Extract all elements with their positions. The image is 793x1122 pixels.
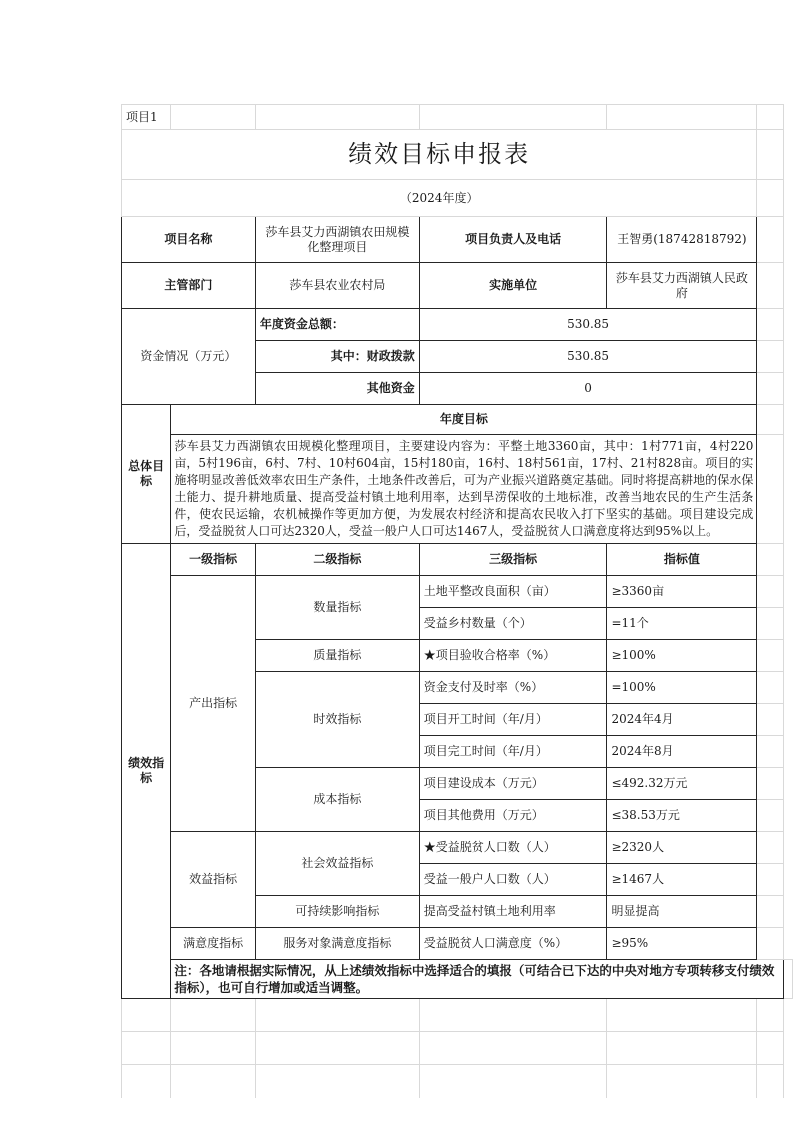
indicator-value: 2024年4月: [607, 704, 757, 736]
empty-cell: [419, 999, 607, 1032]
indicator-name: 资金支付及时率（%）: [419, 672, 607, 704]
empty-cell: [171, 105, 256, 130]
level2-sustainability: 可持续影响指标: [255, 896, 419, 928]
funds-total-value: 530.85: [419, 309, 757, 341]
indicator-value: ≥3360亩: [607, 576, 757, 608]
empty-cell: [255, 999, 419, 1032]
annual-goal-text: 莎车县艾力西湖镇农田规模化整理项目，主要建设内容为：平整土地3360亩，其中：1…: [171, 435, 757, 544]
level2-timeliness: 时效指标: [255, 672, 419, 768]
indicator-name: 项目开工时间（年/月）: [419, 704, 607, 736]
empty-cell: [784, 960, 793, 999]
empty-cell: [757, 341, 784, 373]
indicator-name: 受益乡村数量（个）: [419, 608, 607, 640]
empty-cell: [757, 217, 784, 263]
funds-other-value: 0: [419, 373, 757, 405]
empty-cell: [757, 864, 784, 896]
indicator-value: 明显提高: [607, 896, 757, 928]
empty-cell: [419, 105, 607, 130]
empty-cell: [757, 832, 784, 864]
header-level1: 一级指标: [171, 544, 256, 576]
empty-cell: [122, 1032, 171, 1065]
indicator-name: 提高受益村镇土地利用率: [419, 896, 607, 928]
empty-cell: [757, 999, 784, 1032]
empty-cell: [607, 1065, 757, 1098]
level1-benefit: 效益指标: [171, 832, 256, 928]
empty-cell: [607, 999, 757, 1032]
owner-label: 项目负责人及电话: [419, 217, 607, 263]
overall-goal-label: 总体目标: [122, 405, 171, 544]
empty-cell: [757, 309, 784, 341]
indicator-name: 受益脱贫人口满意度（%）: [419, 928, 607, 960]
empty-cell: [757, 405, 784, 435]
dept-value: 莎车县农业农村局: [255, 263, 419, 309]
level1-satisfaction: 满意度指标: [171, 928, 256, 960]
empty-cell: [757, 435, 784, 544]
indicator-name: ★受益脱贫人口数（人）: [419, 832, 607, 864]
level1-output: 产出指标: [171, 576, 256, 832]
empty-cell: [171, 1065, 256, 1098]
indicator-value: ≥100%: [607, 640, 757, 672]
indicator-value: =100%: [607, 672, 757, 704]
empty-cell: [757, 672, 784, 704]
empty-cell: [757, 1032, 784, 1065]
level2-service: 服务对象满意度指标: [255, 928, 419, 960]
empty-cell: [757, 263, 784, 309]
empty-cell: [757, 180, 784, 217]
funds-fiscal-label: 其中：财政拨款: [255, 341, 419, 373]
page-title: 绩效目标申报表: [122, 130, 757, 180]
empty-cell: [607, 1032, 757, 1065]
empty-cell: [757, 704, 784, 736]
empty-cell: [607, 105, 757, 130]
dept-label: 主管部门: [122, 263, 256, 309]
empty-cell: [757, 105, 784, 130]
funds-label: 资金情况（万元）: [122, 309, 256, 405]
header-level3: 三级指标: [419, 544, 607, 576]
corner-label: 项目1: [122, 105, 171, 130]
empty-cell: [757, 544, 784, 576]
fiscal-year: （2024年度）: [122, 180, 757, 217]
owner-value: 王智勇(18742818792): [607, 217, 757, 263]
level2-quality: 质量指标: [255, 640, 419, 672]
funds-other-label: 其他资金: [255, 373, 419, 405]
empty-cell: [757, 640, 784, 672]
annual-goal-header: 年度目标: [171, 405, 757, 435]
empty-cell: [757, 928, 784, 960]
header-value: 指标值: [607, 544, 757, 576]
indicator-value: ≤38.53万元: [607, 800, 757, 832]
empty-cell: [255, 105, 419, 130]
header-level2: 二级指标: [255, 544, 419, 576]
level2-social: 社会效益指标: [255, 832, 419, 896]
indicator-name: 项目建设成本（万元）: [419, 768, 607, 800]
indicator-name: 项目其他费用（万元）: [419, 800, 607, 832]
impl-label: 实施单位: [419, 263, 607, 309]
empty-cell: [419, 1065, 607, 1098]
empty-cell: [757, 576, 784, 608]
project-name-label: 项目名称: [122, 217, 256, 263]
footnote: 注：各地请根据实际情况，从上述绩效指标中选择适合的填报（可结合已下达的中央对地方…: [171, 960, 784, 999]
indicator-value: ≥95%: [607, 928, 757, 960]
indicator-value: ≤492.32万元: [607, 768, 757, 800]
empty-cell: [757, 768, 784, 800]
indicator-name: ★项目验收合格率（%）: [419, 640, 607, 672]
empty-cell: [419, 1032, 607, 1065]
impl-value: 莎车县艾力西湖镇人民政府: [607, 263, 757, 309]
indicator-value: 2024年8月: [607, 736, 757, 768]
funds-total-label: 年度资金总额：: [255, 309, 419, 341]
level2-quantity: 数量指标: [255, 576, 419, 640]
empty-cell: [255, 1065, 419, 1098]
level2-cost: 成本指标: [255, 768, 419, 832]
performance-goal-sheet: 项目1 绩效目标申报表 （2024年度） 项目名称 莎车县艾力西湖镇农田规模化整…: [121, 104, 793, 1098]
empty-cell: [757, 1065, 784, 1098]
empty-cell: [757, 736, 784, 768]
indicator-value: =11个: [607, 608, 757, 640]
indicator-value: ≥1467人: [607, 864, 757, 896]
empty-cell: [255, 1032, 419, 1065]
empty-cell: [171, 1032, 256, 1065]
indicator-value: ≥2320人: [607, 832, 757, 864]
empty-cell: [122, 1065, 171, 1098]
empty-cell: [171, 999, 256, 1032]
indicator-name: 项目完工时间（年/月）: [419, 736, 607, 768]
project-name-value: 莎车县艾力西湖镇农田规模化整理项目: [255, 217, 419, 263]
empty-cell: [757, 896, 784, 928]
funds-fiscal-value: 530.85: [419, 341, 757, 373]
indicator-name: 受益一般户人口数（人）: [419, 864, 607, 896]
empty-cell: [757, 373, 784, 405]
empty-cell: [757, 130, 784, 180]
indicator-name: 土地平整改良面积（亩）: [419, 576, 607, 608]
empty-cell: [757, 608, 784, 640]
indicators-label: 绩效指标: [122, 544, 171, 999]
empty-cell: [757, 800, 784, 832]
empty-cell: [122, 999, 171, 1032]
form-table: 项目1 绩效目标申报表 （2024年度） 项目名称 莎车县艾力西湖镇农田规模化整…: [121, 104, 793, 1098]
